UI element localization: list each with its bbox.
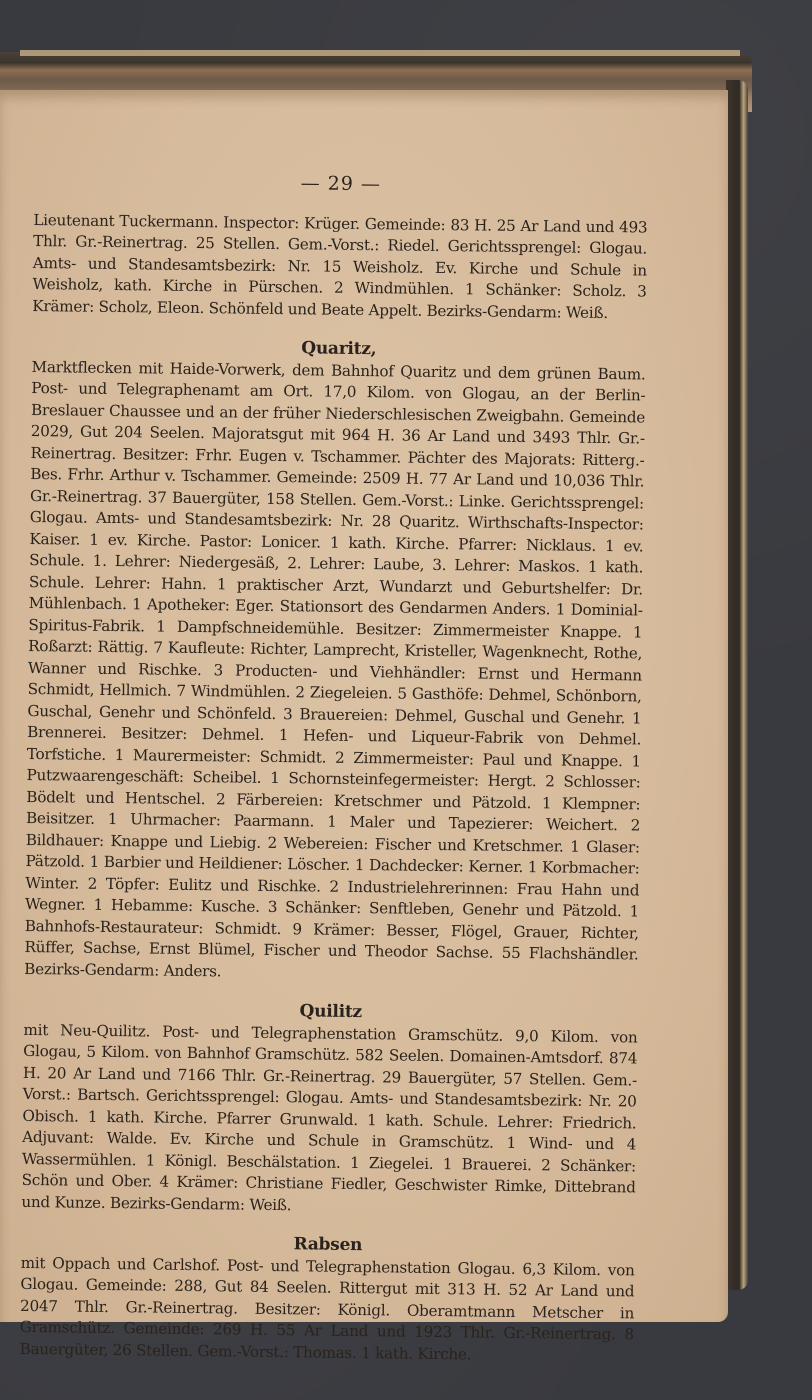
section-quilitz: Quilitz mit Neu-Quilitz. Post- und Teleg… — [21, 998, 638, 1220]
page-content: — 29 — Lieutenant Tuckermann. Inspector:… — [19, 170, 647, 1367]
page-number: — 29 — — [34, 170, 648, 199]
section-quaritz: Quaritz, Marktflecken mit Haide-Vorwerk,… — [24, 335, 646, 987]
book-page: — 29 — Lieutenant Tuckermann. Inspector:… — [0, 90, 728, 1322]
section-text: mit Neu-Quilitz. Post- und Telegraphenst… — [21, 1019, 637, 1220]
section-text: mit Oppach und Carlshof. Post- und Teleg… — [19, 1252, 634, 1367]
section-text: Lieutenant Tuckermann. Inspector: Krüger… — [32, 209, 647, 324]
book-cover-right-edge — [726, 80, 748, 1290]
section-text: Marktflecken mit Haide-Vorwerk, dem Bahn… — [24, 356, 646, 987]
book-spine-strip — [20, 50, 740, 56]
section-rabsen: Rabsen mit Oppach und Carlshof. Post- un… — [19, 1231, 635, 1367]
section-weisholz-continued: Lieutenant Tuckermann. Inspector: Krüger… — [32, 209, 647, 324]
